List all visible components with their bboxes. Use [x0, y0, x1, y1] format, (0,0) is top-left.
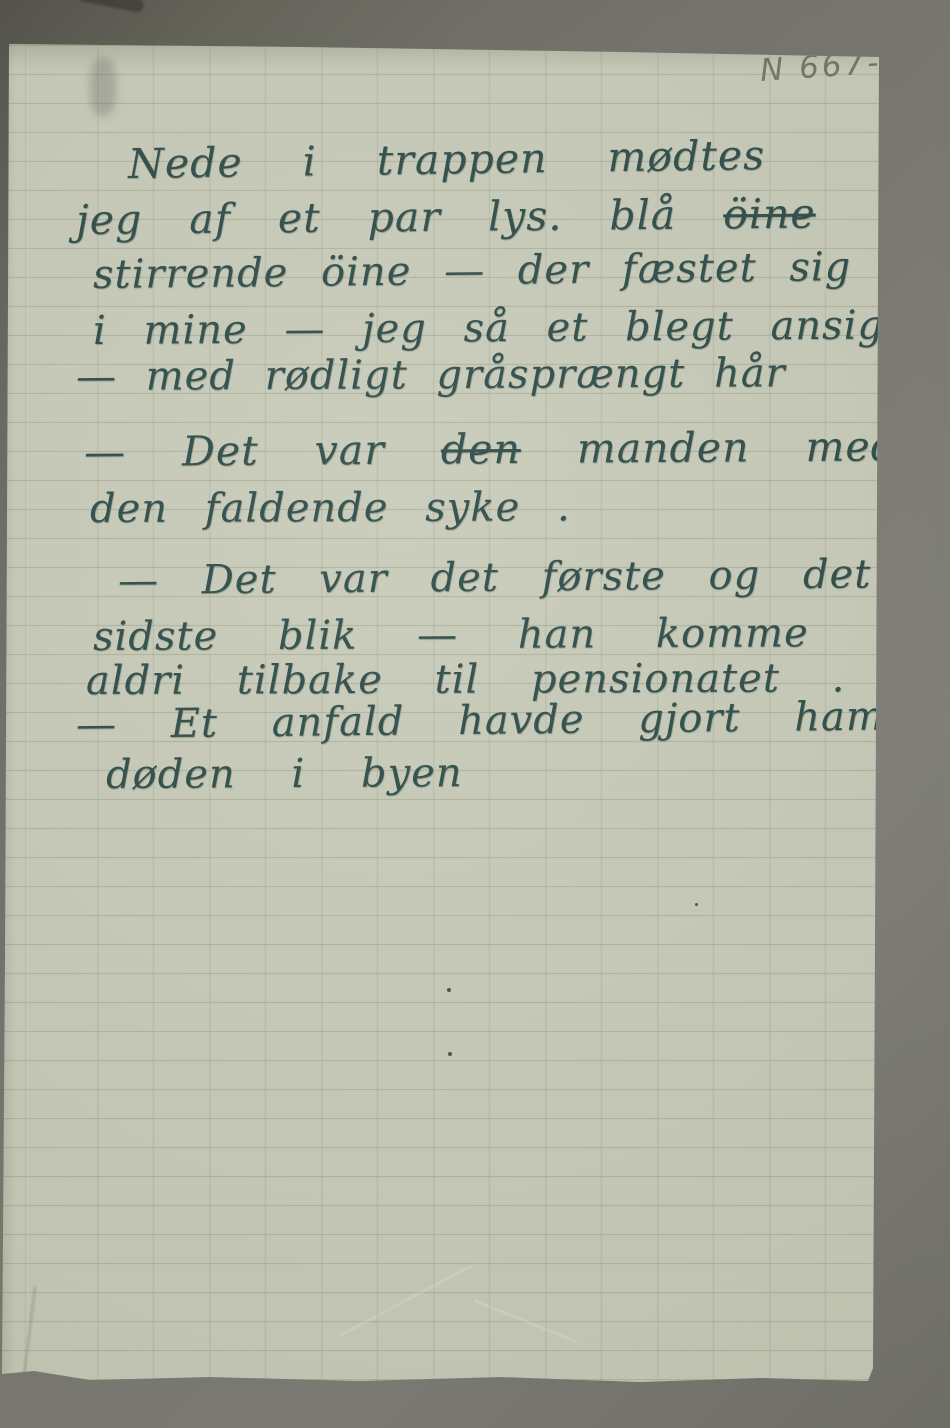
manuscript-line-6: — Det var den manden med	[84, 422, 898, 476]
paper-scratch	[474, 1299, 577, 1342]
manuscript-line-2: jeg af et par lys. blå öine	[76, 190, 816, 244]
manuscript-line-3: stirrende öine — der fæstet sig i	[93, 244, 898, 298]
handwritten-words: — Det var	[84, 426, 441, 476]
ink-speck	[448, 1052, 452, 1056]
handwritten-words: — med rødligt gråsprængt hår	[76, 350, 786, 400]
struck-word: öine	[723, 190, 816, 239]
manuscript-line-9: sidste blik — han komme	[93, 610, 809, 660]
handwritten-words: manden med	[521, 422, 898, 473]
paper-scratch	[338, 1265, 471, 1337]
manuscript-page: N 667-4 Nede i trappen mødtesjeg af et p…	[0, 0, 950, 1428]
handwritten-words: stirrende öine — der fæstet sig i	[93, 244, 898, 298]
pencil-smudge	[90, 58, 116, 116]
handwritten-words: jeg af et par lys. blå	[76, 190, 724, 244]
manuscript-line-11: — Et anfald havde gjort ham	[76, 694, 885, 748]
ink-speck	[447, 988, 451, 992]
paper-crease-left	[25, 45, 30, 1373]
ink-speck	[695, 903, 698, 906]
manuscript-line-12: døden i byen	[106, 750, 463, 798]
manuscript-line-8: — Det var det første og det	[118, 551, 872, 604]
handwritten-words: i mine — jeg så et blegt ansigt	[93, 302, 901, 354]
handwritten-words: — Et anfald havde gjort ham	[76, 694, 885, 748]
handwritten-words: — Det var det første og det	[118, 551, 872, 604]
manuscript-line-7: den faldende syke .	[90, 484, 571, 532]
handwritten-words: sidste blik — han komme	[93, 610, 809, 660]
handwritten-words: døden i byen	[106, 750, 463, 798]
handwritten-words: den faldende syke .	[90, 484, 571, 532]
manuscript-line-1: Nede i trappen mødtes	[128, 131, 766, 188]
struck-word: den	[441, 425, 521, 474]
manuscript-line-4: i mine — jeg så et blegt ansigt	[93, 302, 901, 354]
handwritten-words: Nede i trappen mødtes	[128, 131, 766, 188]
manuscript-line-5: — med rødligt gråsprængt hår	[76, 350, 786, 400]
